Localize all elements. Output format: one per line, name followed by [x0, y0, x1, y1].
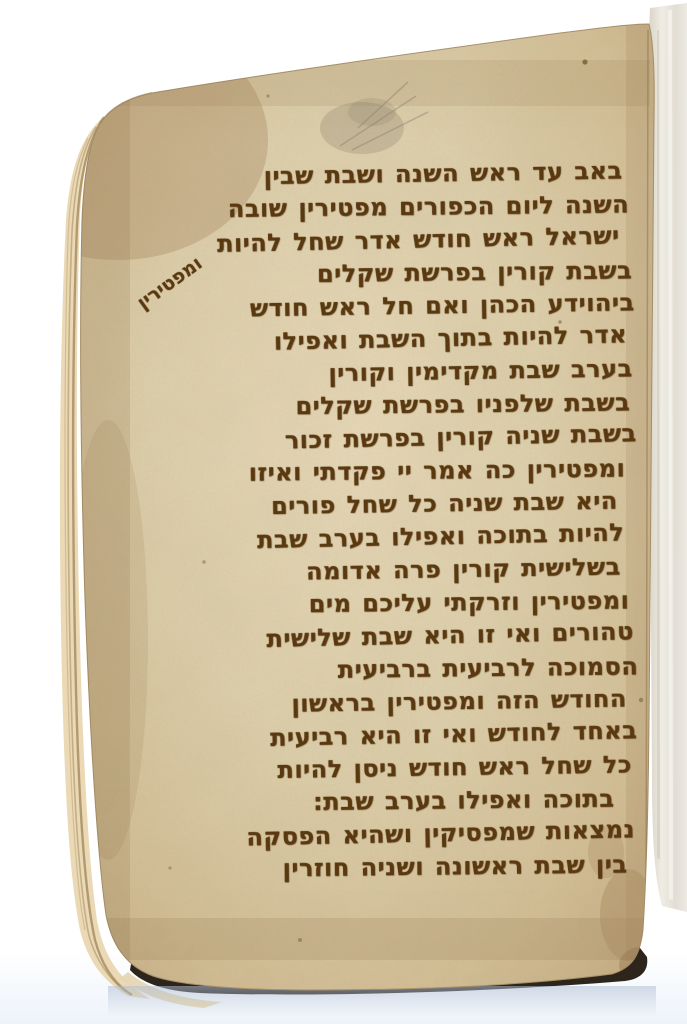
cast-shadow — [108, 986, 656, 1016]
text-block: באב עד ראש השנה ושבת שביןהשנה ליום הכפור… — [164, 154, 643, 887]
manuscript-line: בין שבת ראשונה ושניה חוזרין — [175, 848, 643, 886]
scanned-manuscript-photo: באב עד ראש השנה ושבת שביןהשנה ליום הכפור… — [0, 0, 687, 1024]
manuscript-line: בשבת קורין בפרשת שקלים — [166, 254, 634, 292]
manuscript-line: הסמוכה לרביעית ברביעית — [172, 650, 640, 688]
manuscript-line: ומפטירין כה אמר יי פקדתי ואיזו — [169, 452, 637, 490]
